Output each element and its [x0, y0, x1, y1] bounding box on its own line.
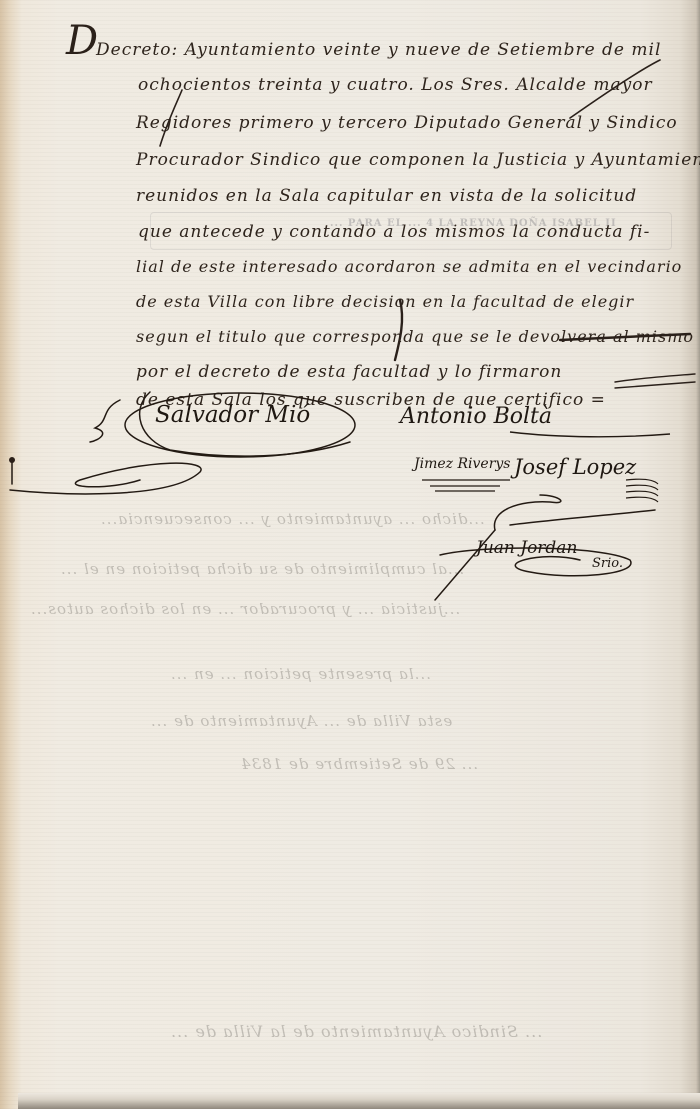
- signature-underline-bolta: [500, 426, 700, 446]
- signature-secretary-suffix: Srio.: [592, 556, 623, 571]
- signature-josef-lopez: Josef Lopez: [514, 455, 636, 479]
- bleed-line: ...justicia ... y procurador ... en los …: [30, 600, 460, 618]
- manuscript-page: ... PARA EL ... 4 LA REYNA DOÑA ISABEL I…: [0, 0, 700, 1109]
- bleed-line-bottom: ... Sindico Ayuntamiento de la Villa de …: [170, 1022, 542, 1041]
- bleed-line: ... 29 de Setiembre de 1834: [240, 755, 478, 773]
- signature-flourish-mio: [0, 380, 380, 510]
- bleed-line: ...la presente peticion ... en ...: [170, 665, 431, 683]
- bleed-line: ...dicho ... ayuntamiento y ... consecue…: [100, 510, 485, 528]
- signature-juan-jordan: Juan Jordan: [476, 538, 577, 558]
- signature-jimez-riverys: Jimez Riverys: [414, 456, 510, 472]
- page-bottom-edge: [18, 1093, 700, 1109]
- bleed-line: esta Villa de ... Ayuntamiento de ...: [150, 712, 452, 730]
- bleed-line: ...al cumplimiento de su dicha peticion …: [60, 560, 464, 578]
- signature-salvador-mio: Salvador Mió: [155, 402, 310, 428]
- text-flourishes: [0, 0, 700, 420]
